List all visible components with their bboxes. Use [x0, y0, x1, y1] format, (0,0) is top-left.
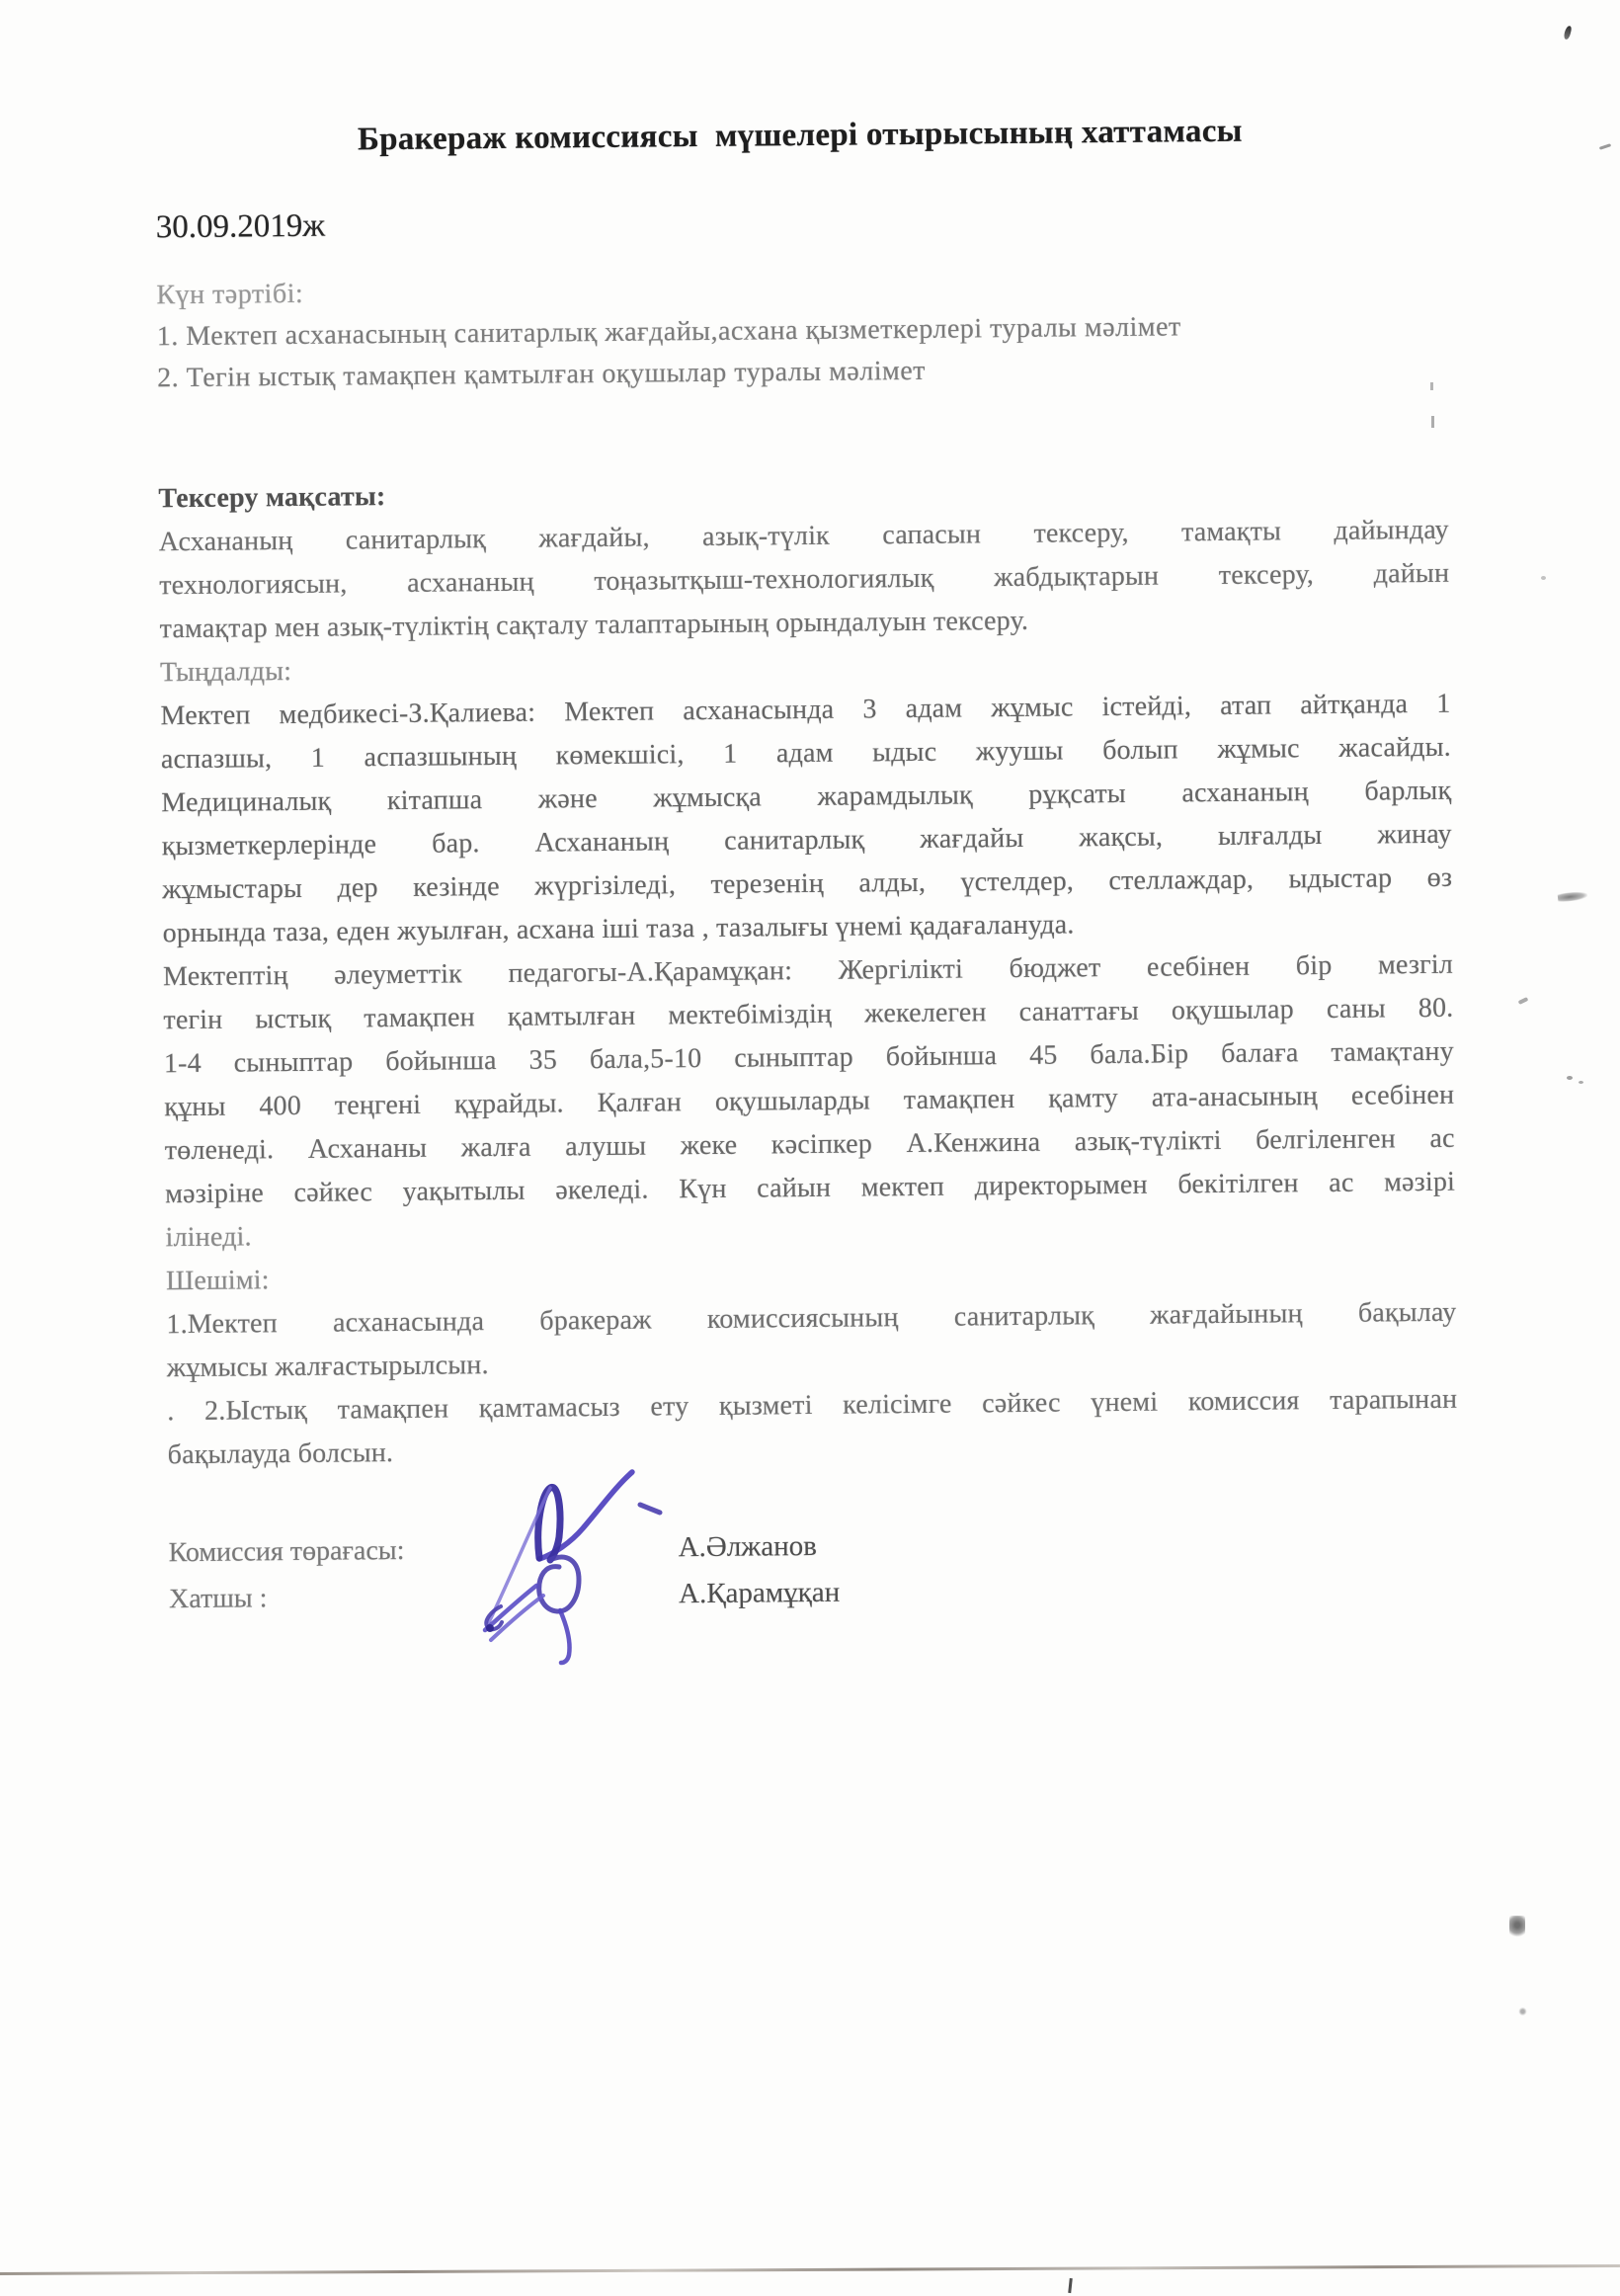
scanned-protocol-document: Бракераж комиссиясы мүшелері отырысының … — [0, 0, 1620, 2296]
scan-speck — [1068, 2278, 1073, 2293]
scan-speck — [1518, 997, 1529, 1005]
scan-speck — [1541, 576, 1546, 580]
document-title: Бракераж комиссиясы мүшелері отырысының … — [155, 111, 1445, 161]
document-date: 30.09.2019ж — [156, 198, 1446, 246]
scan-speck — [1430, 382, 1433, 390]
main-text: Тексеру мақсаты: Асхананың санитарлық жа… — [158, 465, 1458, 1477]
scan-speck — [1563, 25, 1572, 40]
signer-name: А.Қарамұқан — [679, 1577, 840, 1610]
agenda-section: Күн тәртібі: 1. Мектеп асханасының санит… — [156, 263, 1447, 400]
page-edge-line — [0, 2264, 1620, 2275]
scan-smudge — [1509, 1916, 1525, 1939]
scan-speck — [1518, 2008, 1527, 2015]
document-body: Бракераж комиссиясы мүшелері отырысының … — [155, 111, 1460, 1622]
scan-speck — [1599, 143, 1611, 150]
scan-speck — [1431, 416, 1434, 428]
scan-speck — [1579, 1081, 1583, 1084]
signature-ink — [456, 1429, 679, 1671]
signer-name: А.Әлжанов — [678, 1530, 817, 1563]
scan-speck — [1567, 1076, 1573, 1080]
signature-block: Комиссия төрағасы:А.Әлжанов Хатшы :А.Қар… — [168, 1517, 1459, 1623]
scan-smudge — [1558, 890, 1588, 902]
